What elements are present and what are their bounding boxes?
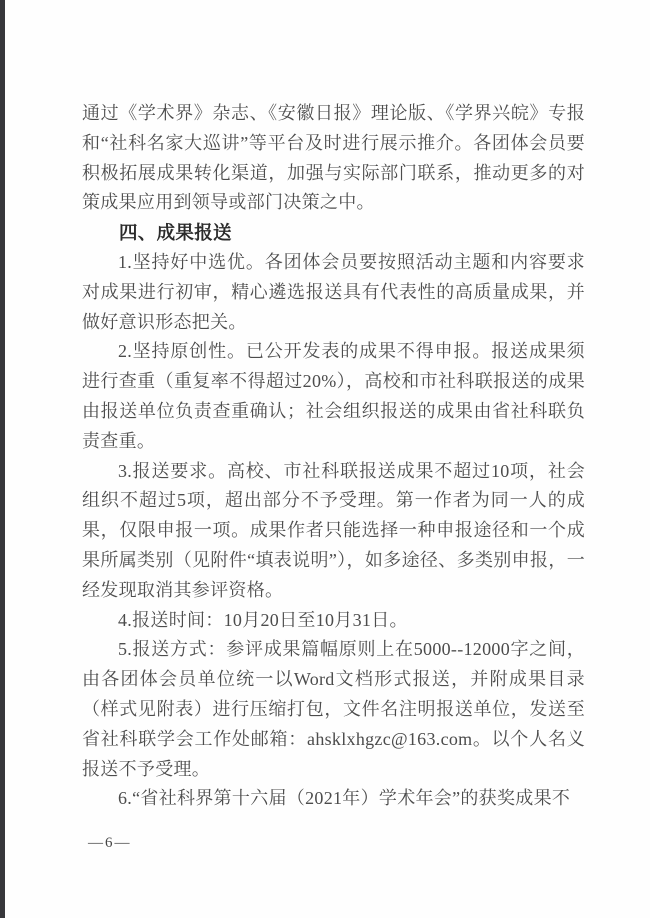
paragraph-continuation: 通过《学术界》杂志、《安徽日报》理论版、《学界兴皖》专报和“社科名家大巡讲”等平… xyxy=(82,99,585,218)
scan-edge-strip xyxy=(0,0,5,918)
paragraph-item-3: 3.报送要求。高校、市社科联报送成果不超过10项，社会组织不超过5项，超出部分不… xyxy=(82,457,585,606)
document-content: 通过《学术界》杂志、《安徽日报》理论版、《学界兴皖》专报和“社科名家大巡讲”等平… xyxy=(82,99,585,814)
paragraph-item-4: 4.报送时间：10月20日至10月31日。 xyxy=(82,606,585,636)
page-number: —6— xyxy=(88,835,132,852)
paragraph-item-1: 1.坚持好中选优。各团体会员要按照活动主题和内容要求对成果进行初审，精心遴选报送… xyxy=(82,248,585,337)
paragraph-item-2: 2.坚持原创性。已公开发表的成果不得申报。报送成果须进行查重（重复率不得超过20… xyxy=(82,337,585,456)
paragraph-item-5: 5.报送方式：参评成果篇幅原则上在5000--12000字之间，由各团体会员单位… xyxy=(82,635,585,784)
paragraph-item-6: 6.“省社科界第十六届（2021年）学术年会”的获奖成果不 xyxy=(82,784,585,814)
document-page: 通过《学术界》杂志、《安徽日报》理论版、《学界兴皖》专报和“社科名家大巡讲”等平… xyxy=(0,0,650,918)
section-heading: 四、成果报送 xyxy=(82,218,585,248)
